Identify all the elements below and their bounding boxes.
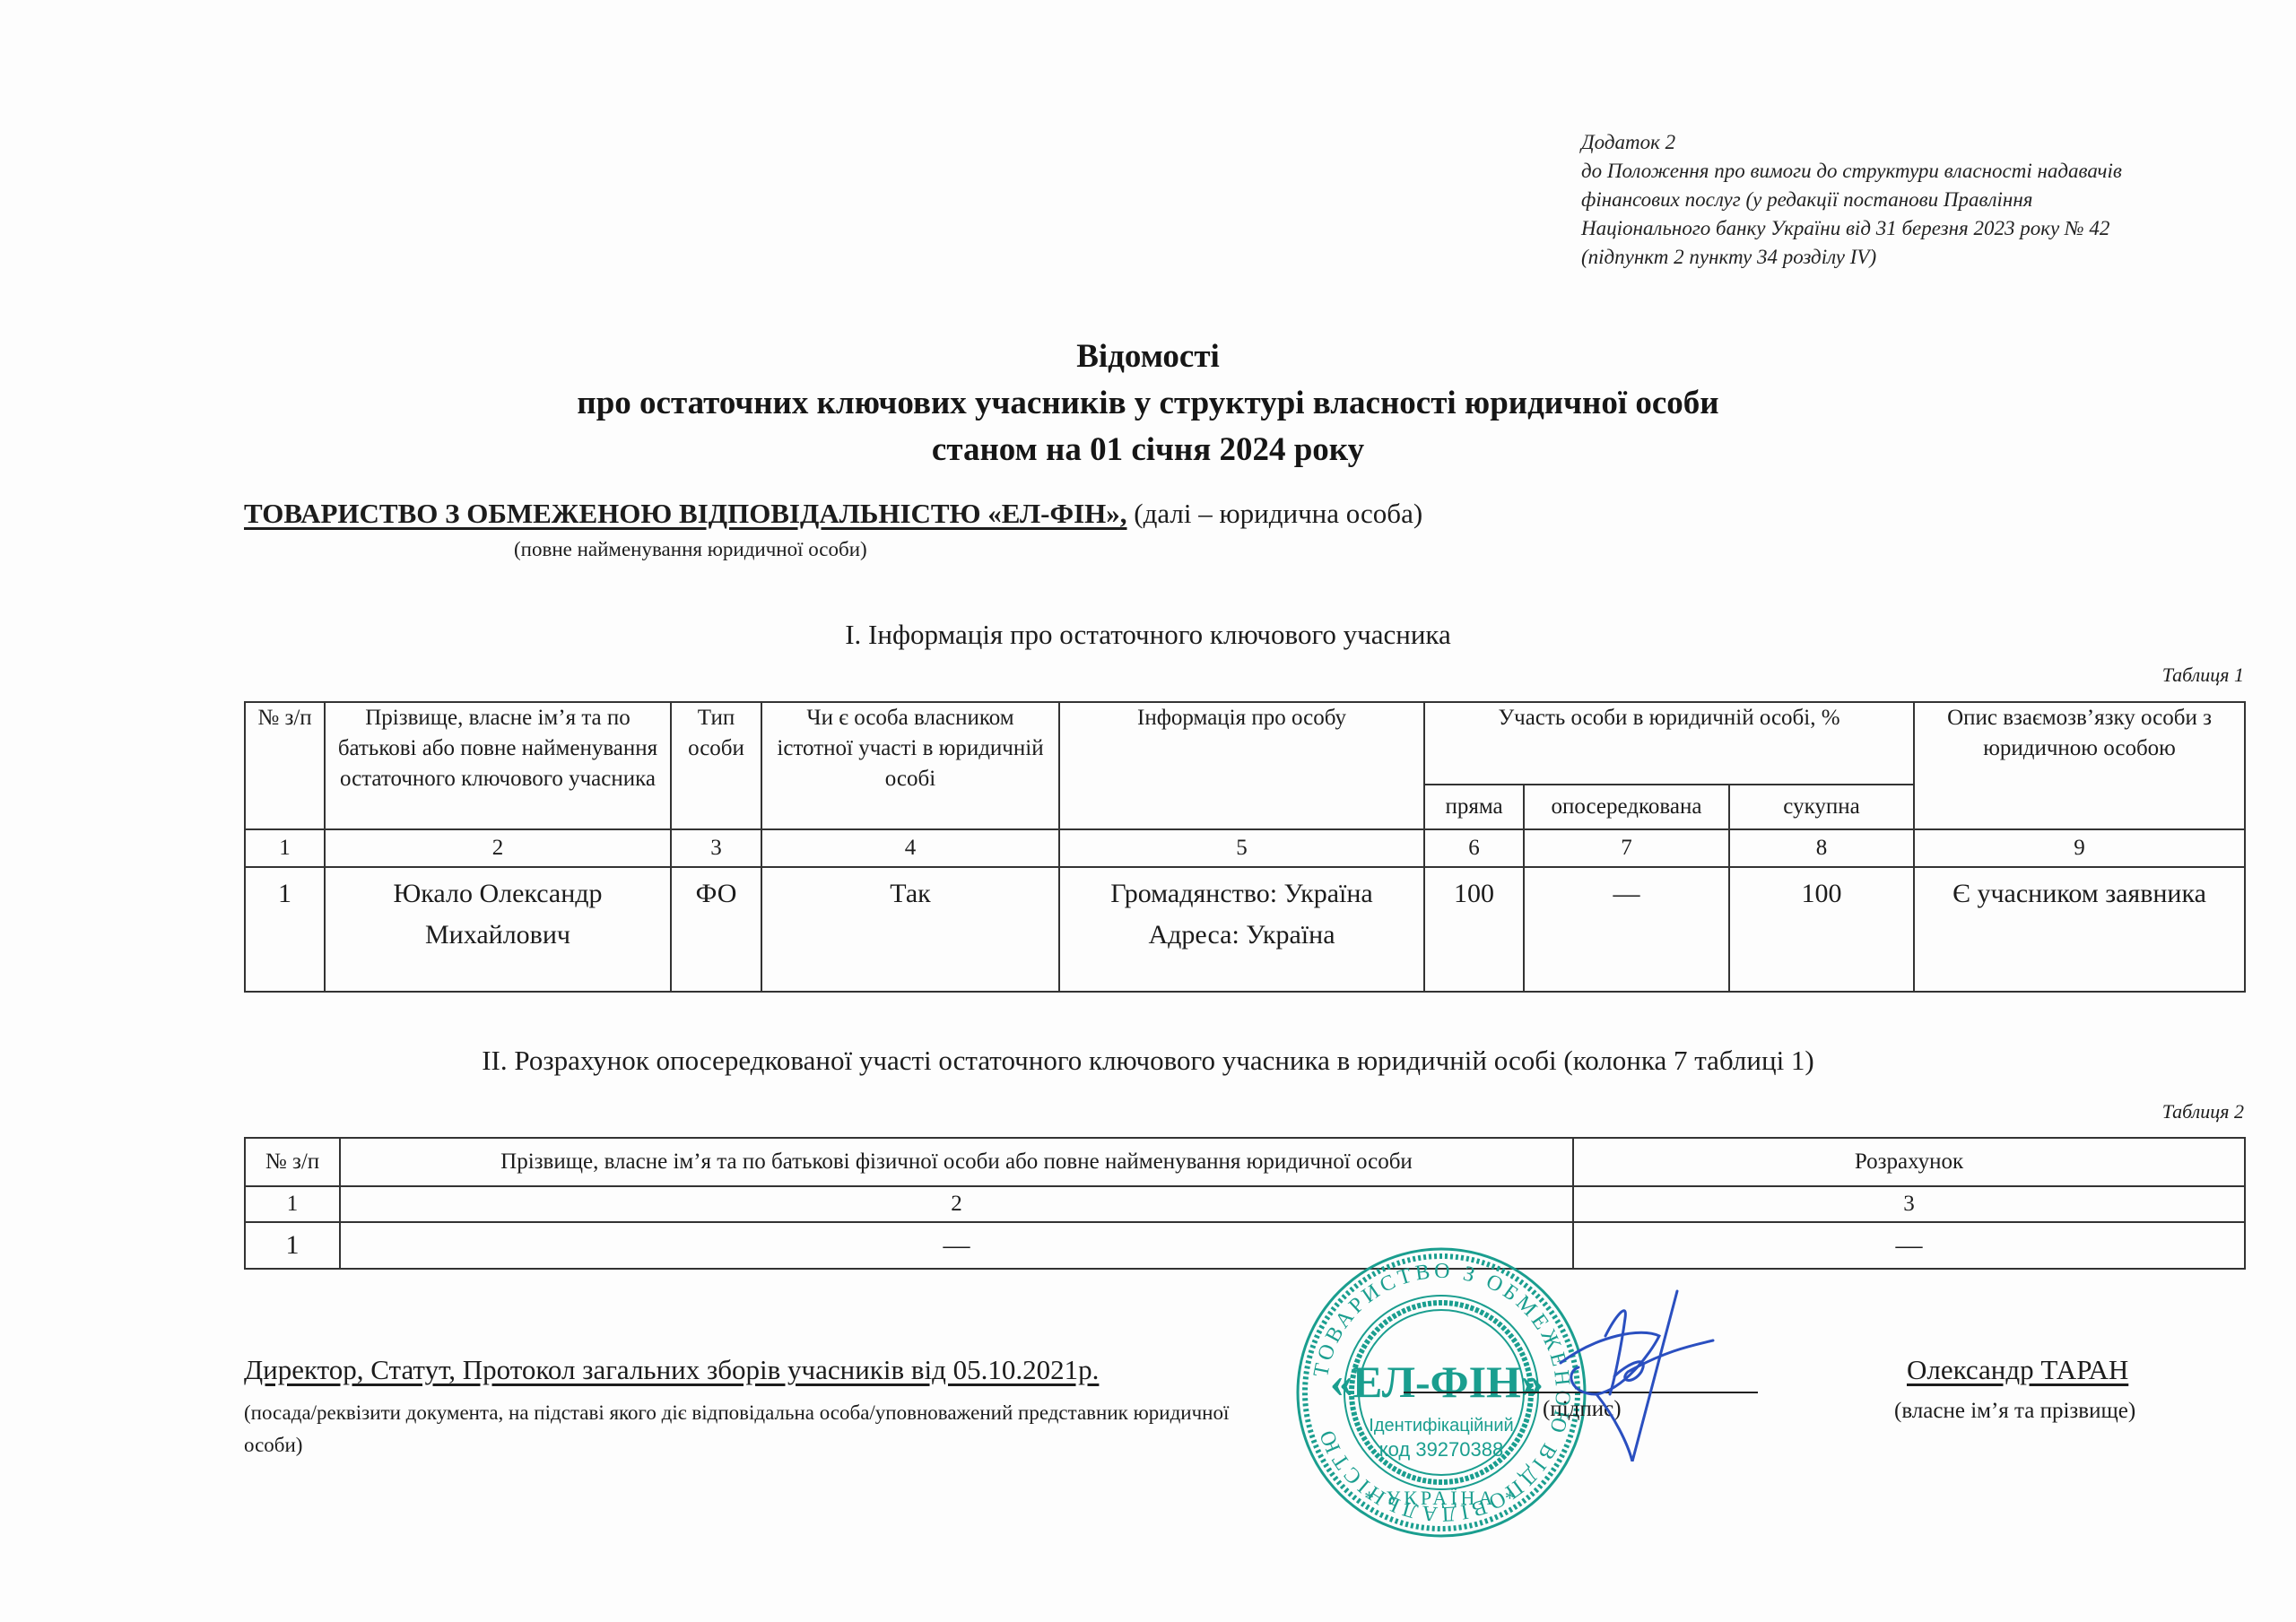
annex-line: фінансових послуг (у редакції постанови … [1581, 186, 2263, 214]
signatory-position: Директор, Статут, Протокол загальних збо… [244, 1354, 1099, 1386]
row-calc: — [1573, 1222, 2245, 1269]
annex-line: Національного банку України від 31 берез… [1581, 214, 2263, 243]
signatory-position-caption: (посада/реквізити документа, на підставі… [244, 1397, 1284, 1462]
annex-line: до Положення про вимоги до структури вла… [1581, 157, 2263, 186]
header-num: № з/п [245, 702, 325, 829]
legal-entity-caption: (повне найменування юридичної особи) [514, 538, 867, 561]
header-type: Тип особи [671, 702, 761, 829]
header-participation: Участь особи в юридичній особі, % [1424, 702, 1914, 785]
legal-entity-suffix: (далі – юридична особа) [1127, 498, 1423, 529]
table-2-label: Таблиця 2 [2063, 1100, 2244, 1123]
row-name: Юкало Олександр Михайлович [325, 867, 671, 992]
row-info-citizenship: Громадянство: Україна [1064, 873, 1420, 915]
annex-line: (підпункт 2 пункту 34 розділу IV) [1581, 243, 2263, 272]
column-number: 3 [1573, 1186, 2245, 1222]
column-number: 3 [671, 829, 761, 867]
row-total: 100 [1729, 867, 1914, 992]
row-info: Громадянство: Україна Адреса: Україна [1059, 867, 1424, 992]
row-direct: 100 [1424, 867, 1524, 992]
document-date: станом на 01 січня 2024 року [0, 430, 2296, 469]
signatory-name-caption: (власне ім’я та прізвище) [1894, 1399, 2135, 1424]
handwritten-signature [1543, 1282, 1740, 1462]
svg-text:Ідентифікаційний: Ідентифікаційний [1369, 1416, 1513, 1436]
table-1-label: Таблиця 1 [2063, 664, 2244, 687]
annex-line: Додаток 2 [1581, 128, 2263, 157]
signature-icon [1543, 1282, 1740, 1462]
table-row: 1 — — [245, 1222, 2245, 1269]
header-total: сукупна [1729, 785, 1914, 829]
row-num: 1 [245, 1222, 340, 1269]
column-number: 2 [325, 829, 671, 867]
svg-text:«ЕЛ-ФІН»: «ЕЛ-ФІН» [1330, 1357, 1544, 1407]
legal-entity: ТОВАРИСТВО З ОБМЕЖЕНОЮ ВІДПОВІДАЛЬНІСТЮ … [244, 498, 1422, 530]
legal-entity-name: ТОВАРИСТВО З ОБМЕЖЕНОЮ ВІДПОВІДАЛЬНІСТЮ … [244, 498, 1127, 529]
header-calc: Розрахунок [1573, 1138, 2245, 1186]
row-info-address: Адреса: Україна [1064, 915, 1420, 956]
column-number: 9 [1914, 829, 2245, 867]
section-1-title: І. Інформація про остаточного ключового … [0, 619, 2296, 651]
column-number: 8 [1729, 829, 1914, 867]
header-name: Прізвище, власне ім’я та по батькові або… [325, 702, 671, 829]
header-info: Інформація про особу [1059, 702, 1424, 829]
column-number: 1 [245, 1186, 340, 1222]
column-number: 6 [1424, 829, 1524, 867]
header-num: № з/п [245, 1138, 340, 1186]
header-relation: Опис взаємозв’язку особи з юридичною осо… [1914, 702, 2245, 829]
signatory-name: Олександр ТАРАН [1907, 1354, 2128, 1386]
annex-reference: Додаток 2 до Положення про вимоги до стр… [1581, 128, 2263, 272]
row-num: 1 [245, 867, 325, 992]
header-direct: пряма [1424, 785, 1524, 829]
column-number: 1 [245, 829, 325, 867]
column-number-row: 1 2 3 4 5 6 7 8 9 [245, 829, 2245, 867]
table-1: № з/п Прізвище, власне ім’я та по батько… [244, 701, 2246, 993]
header-significant: Чи є особа власником істотної участі в ю… [761, 702, 1059, 829]
row-significant: Так [761, 867, 1059, 992]
column-number: 5 [1059, 829, 1424, 867]
document-title: Відомості [0, 337, 2296, 376]
section-2-title: ІІ. Розрахунок опосередкованої участі ос… [0, 1045, 2296, 1077]
document-subtitle: про остаточних ключових учасників у стру… [0, 384, 2296, 422]
row-type: ФО [671, 867, 761, 992]
column-number: 7 [1524, 829, 1729, 867]
table-2: № з/п Прізвище, власне ім’я та по батько… [244, 1137, 2246, 1270]
column-number: 2 [340, 1186, 1573, 1222]
row-indirect: — [1524, 867, 1729, 992]
svg-text:* УКРАЇНА *: * УКРАЇНА * [1364, 1487, 1518, 1509]
column-number-row: 1 2 3 [245, 1186, 2245, 1222]
svg-text:код 39270388: код 39270388 [1379, 1438, 1503, 1461]
column-number: 4 [761, 829, 1059, 867]
row-relation: Є учасником заявника [1914, 867, 2245, 992]
header-name: Прізвище, власне ім’я та по батькові фіз… [340, 1138, 1573, 1186]
table-row: 1 Юкало Олександр Михайлович ФО Так Гром… [245, 867, 2245, 992]
header-indirect: опосередкована [1524, 785, 1729, 829]
